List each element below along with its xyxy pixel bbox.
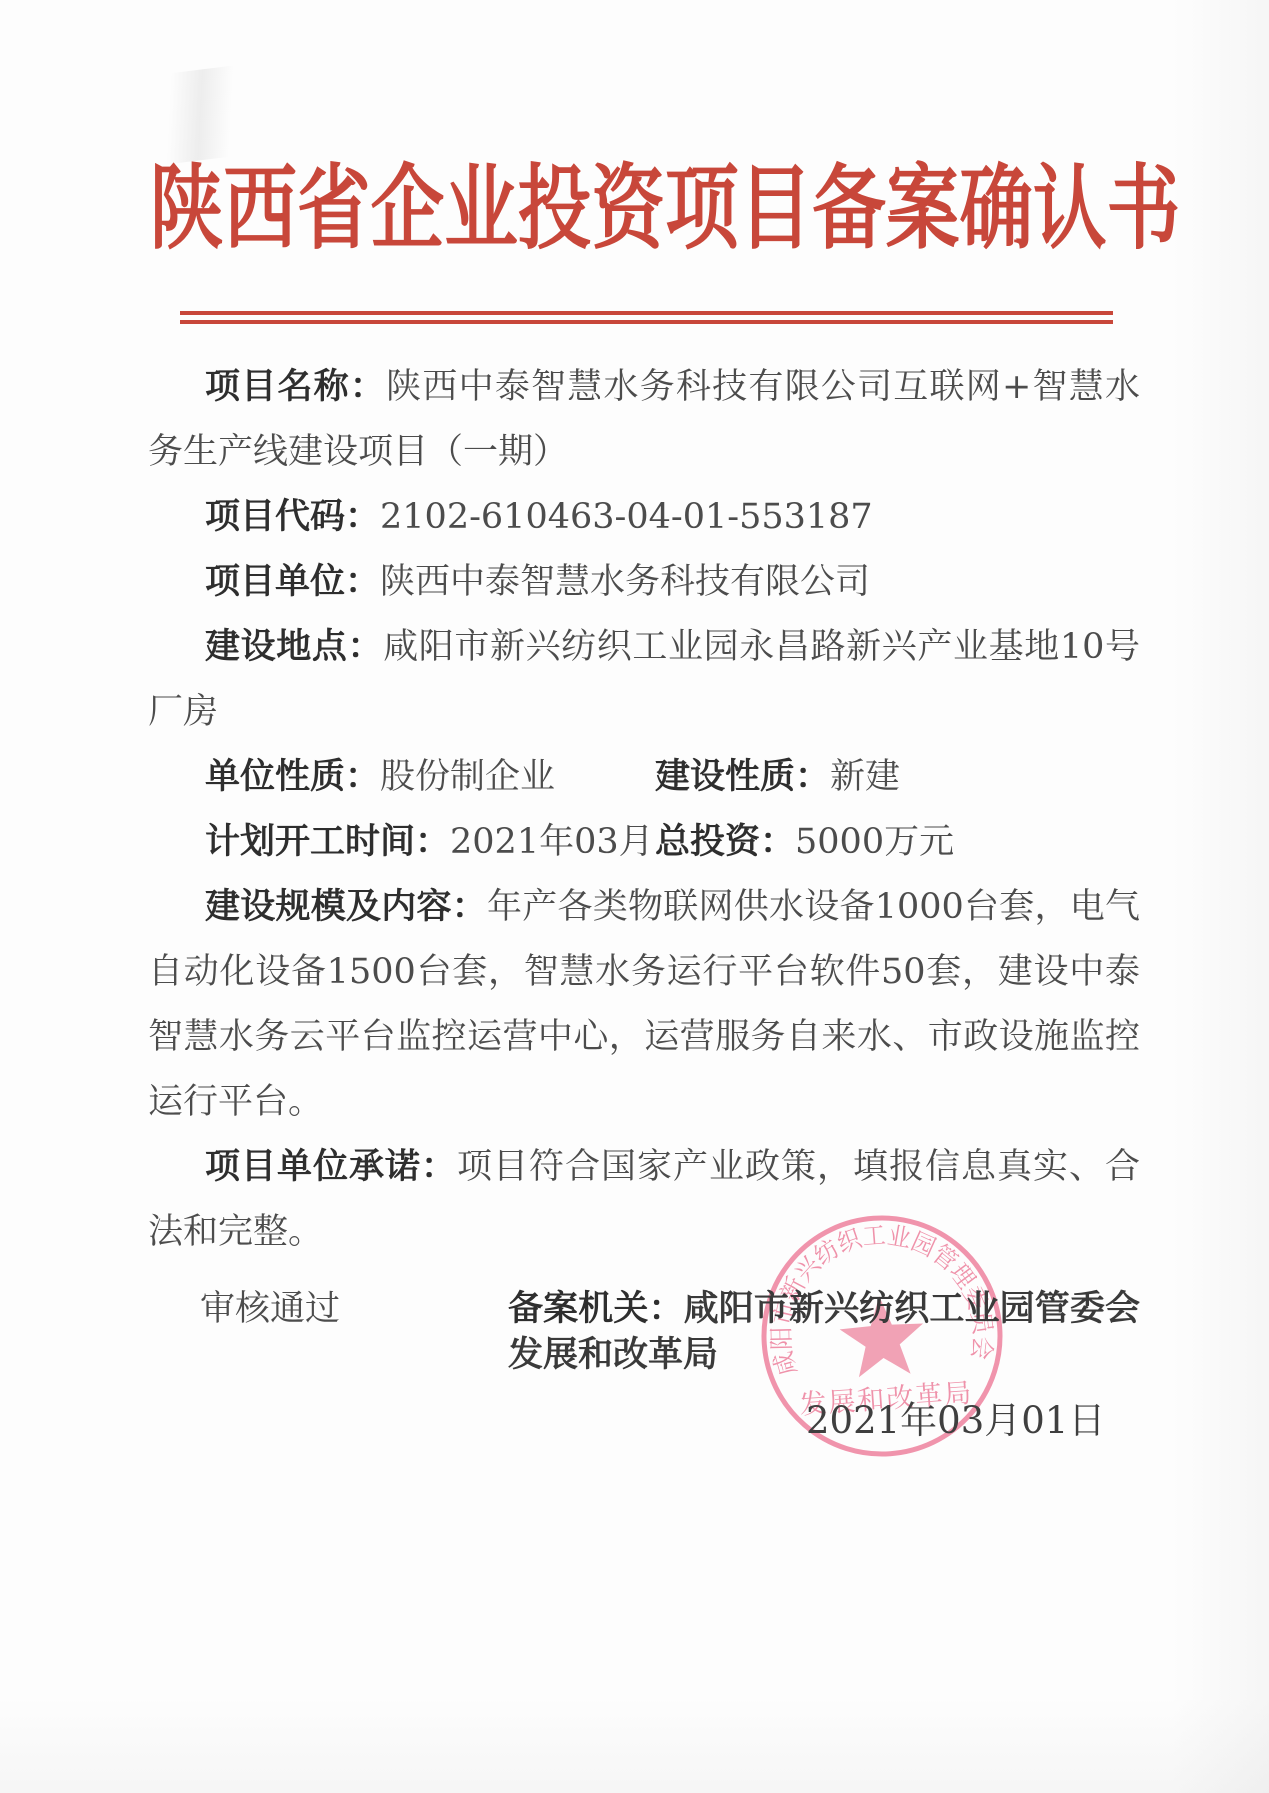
field-value: 2102-610463-04-01-553187 (380, 497, 873, 537)
field-project-name: 项目名称：陕西中泰智慧水务科技有限公司互联网+智慧水务生产线建设项目（一期） (148, 355, 1140, 485)
field-label: 建设规模及内容： (205, 887, 487, 927)
field-label: 建设地点： (205, 627, 383, 667)
two-column-row: 单位性质：股份制企业 建设性质：新建 (148, 745, 1140, 810)
field-planned-start: 计划开工时间：2021年03月 (148, 810, 655, 875)
filing-date: 2021年03月01日 (806, 1390, 1105, 1444)
field-construction-nature: 建设性质：新建 (655, 745, 1140, 810)
paper-shading-bottom (0, 1673, 1269, 1793)
field-label: 项目单位： (205, 562, 380, 602)
title-underline-double-rule (180, 311, 1113, 324)
document-body: 项目名称：陕西中泰智慧水务科技有限公司互联网+智慧水务生产线建设项目（一期） 项… (148, 355, 1140, 1265)
field-label: 项目代码： (205, 497, 380, 537)
field-label: 计划开工时间： (205, 822, 450, 862)
field-total-investment: 总投资：5000万元 (655, 810, 1140, 875)
field-commitment: 项目单位承诺：项目符合国家产业政策，填报信息真实、合法和完整。 (148, 1135, 1140, 1265)
field-value: 新建 (830, 757, 900, 797)
document-title: 陕西省企业投资项目备案确认书 (150, 158, 1180, 259)
field-value: 股份制企业 (380, 757, 555, 797)
field-unit-nature: 单位性质：股份制企业 (148, 745, 655, 810)
field-label: 建设性质： (655, 757, 830, 797)
field-label: 项目单位承诺： (205, 1147, 457, 1187)
field-project-unit: 项目单位：陕西中泰智慧水务科技有限公司 (148, 550, 1140, 615)
field-value: 5000万元 (795, 822, 954, 862)
approval-status: 审核通过 (148, 1286, 508, 1378)
field-label: 总投资： (655, 822, 795, 862)
field-scale-content: 建设规模及内容：年产各类物联网供水设备1000台套，电气自动化设备1500台套，… (148, 875, 1140, 1135)
filing-authority: 备案机关：咸阳市新兴纺织工业园管委会发展和改革局 (508, 1286, 1140, 1378)
scanned-document-page: 陕西省企业投资项目备案确认书 项目名称：陕西中泰智慧水务科技有限公司互联网+智慧… (0, 0, 1269, 1793)
signature-block: 审核通过 备案机关：咸阳市新兴纺织工业园管委会发展和改革局 (148, 1286, 1140, 1378)
field-label: 单位性质： (205, 757, 380, 797)
field-project-code: 项目代码：2102-610463-04-01-553187 (148, 485, 1140, 550)
field-value: 陕西中泰智慧水务科技有限公司 (380, 562, 870, 602)
title-block: 陕西省企业投资项目备案确认书 (21, 158, 1249, 259)
two-column-row: 计划开工时间：2021年03月 总投资：5000万元 (148, 810, 1140, 875)
field-value: 2021年03月 (450, 822, 654, 862)
paper-shading-right (1129, 0, 1269, 1793)
field-label: 备案机关： (508, 1289, 684, 1329)
field-label: 项目名称： (205, 367, 386, 407)
field-location: 建设地点：咸阳市新兴纺织工业园永昌路新兴产业基地10号厂房 (148, 615, 1140, 745)
